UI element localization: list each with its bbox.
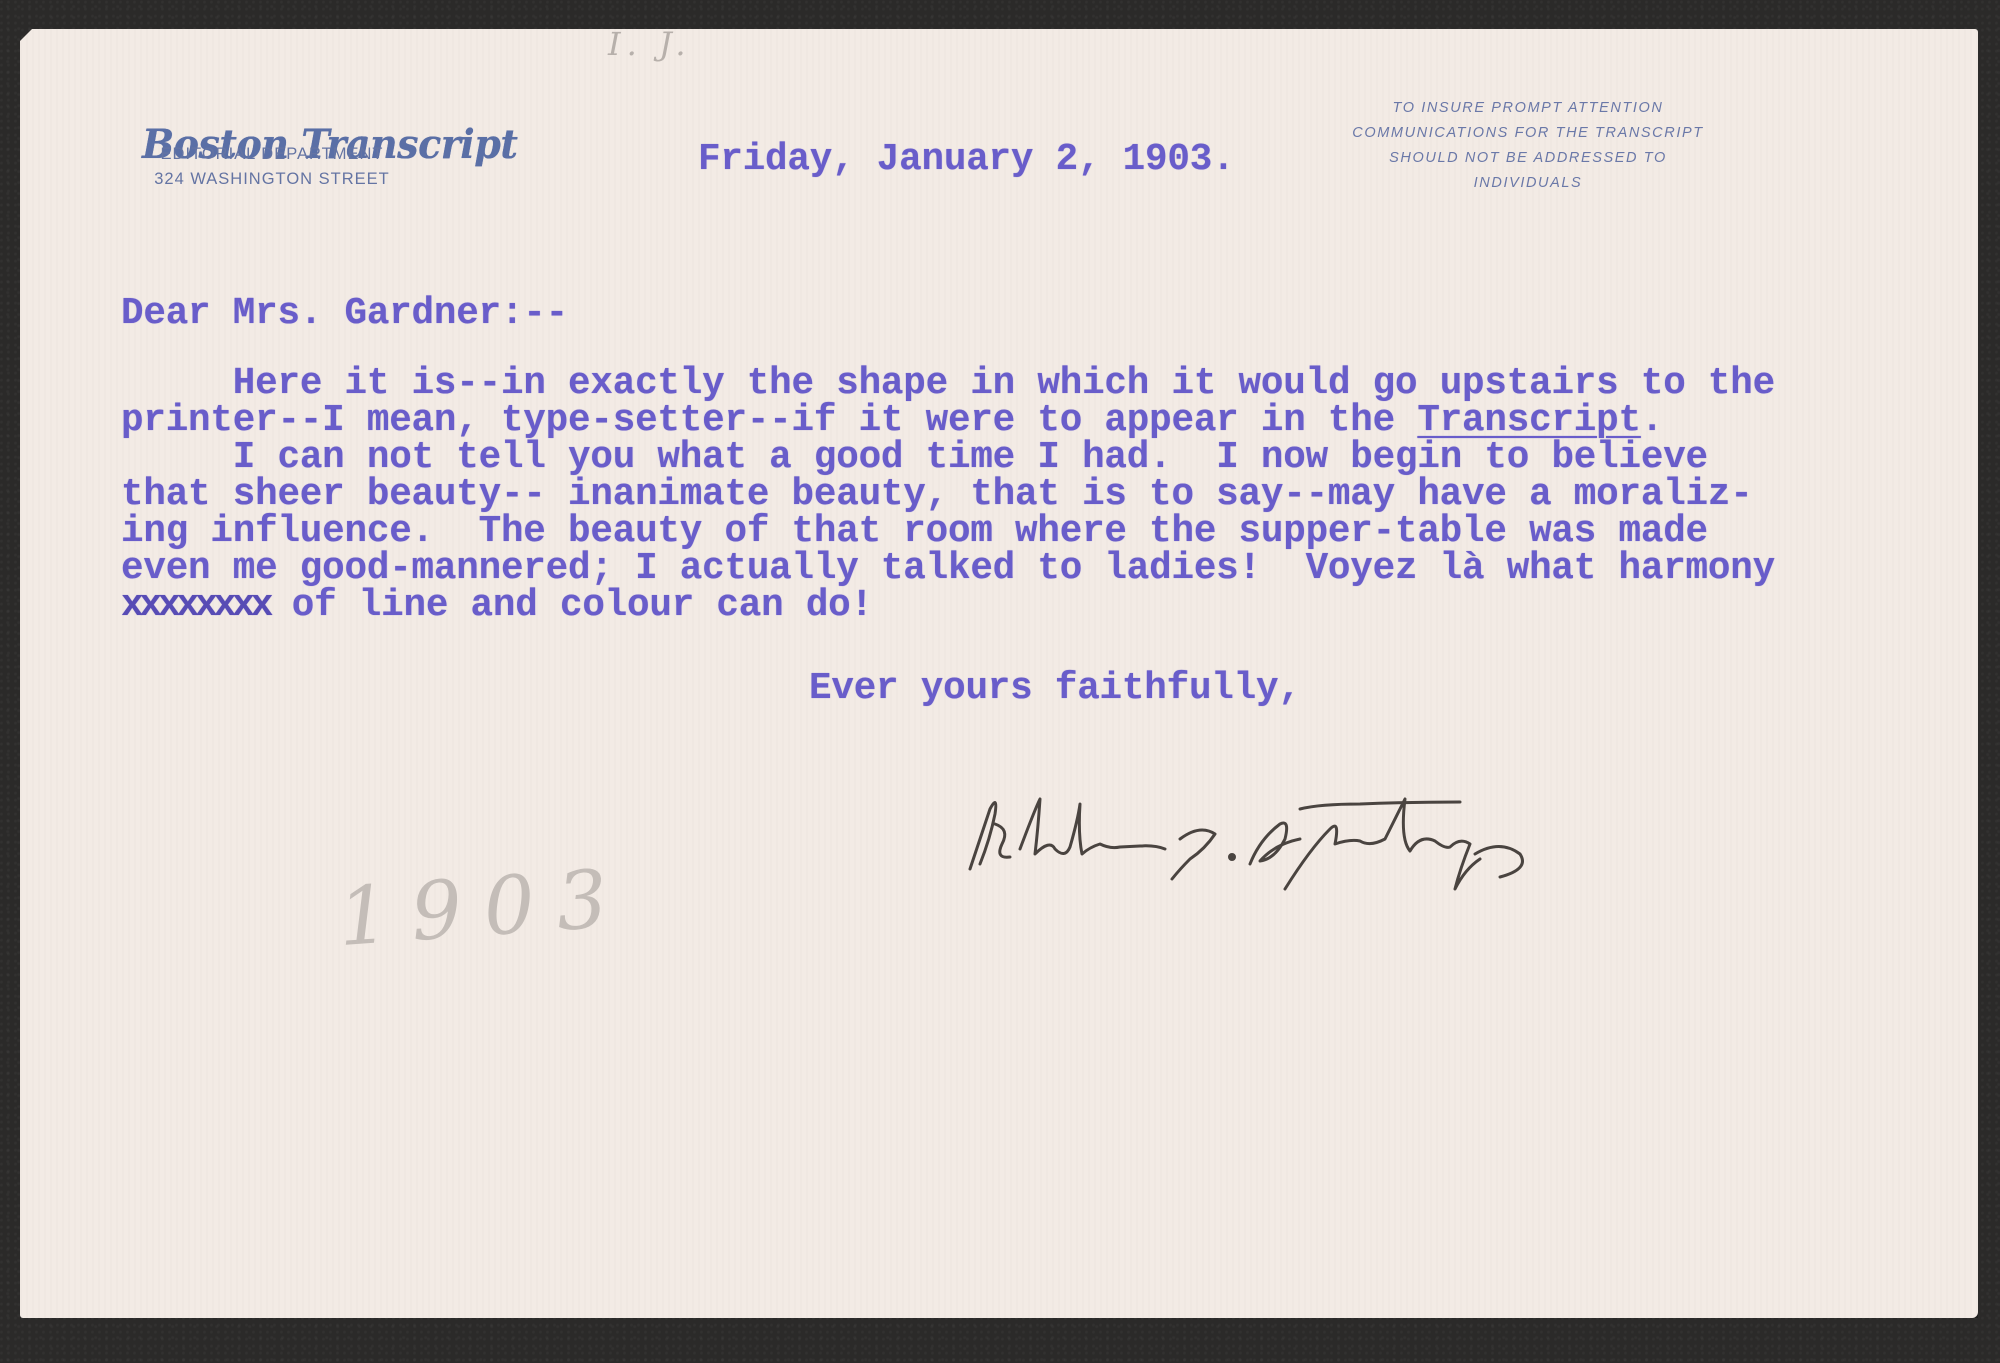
pencil-initials: I. J. bbox=[608, 25, 692, 63]
underlined-transcript: Transcript bbox=[1417, 400, 1641, 442]
body-line: even me good-mannered; I actually talked… bbox=[121, 551, 1775, 588]
letter-paper: Boston Transcript EDITORIAL DEPARTMENT 3… bbox=[20, 29, 1978, 1318]
notice-line: COMMUNICATIONS FOR THE TRANSCRIPT bbox=[1278, 121, 1778, 146]
letterhead-notice: TO INSURE PROMPT ATTENTION COMMUNICATION… bbox=[1278, 96, 1778, 196]
body-line: that sheer beauty-- inanimate beauty, th… bbox=[121, 477, 1775, 514]
closing: Ever yours faithfully, bbox=[809, 671, 1301, 708]
body-line: ing influence. The beauty of that room w… bbox=[121, 514, 1775, 551]
notice-line: TO INSURE PROMPT ATTENTION bbox=[1278, 96, 1778, 121]
salutation: Dear Mrs. Gardner:-- bbox=[121, 296, 568, 333]
body-line: printer--I mean, type-setter--if it were… bbox=[121, 403, 1775, 440]
body-line: xxxxxxxx of line and colour can do! bbox=[121, 588, 1775, 625]
body-line: Here it is--in exactly the shape in whic… bbox=[121, 366, 1775, 403]
notice-line: SHOULD NOT BE ADDRESSED TO bbox=[1278, 146, 1778, 171]
signature-strokes-icon bbox=[940, 769, 1860, 909]
body-line: I can not tell you what a good time I ha… bbox=[121, 440, 1775, 477]
letterhead-department: EDITORIAL DEPARTMENT bbox=[112, 145, 432, 164]
handwritten-signature bbox=[940, 769, 1860, 909]
pencil-year: 1903 bbox=[335, 851, 632, 964]
letterhead-address: 324 WASHINGTON STREET bbox=[112, 170, 432, 189]
letter-date: Friday, January 2, 1903. bbox=[698, 142, 1234, 179]
letter-body: Here it is--in exactly the shape in whic… bbox=[121, 366, 1775, 625]
notice-line: INDIVIDUALS bbox=[1278, 171, 1778, 196]
struck-out-text: xxxxxxxx bbox=[121, 585, 269, 627]
